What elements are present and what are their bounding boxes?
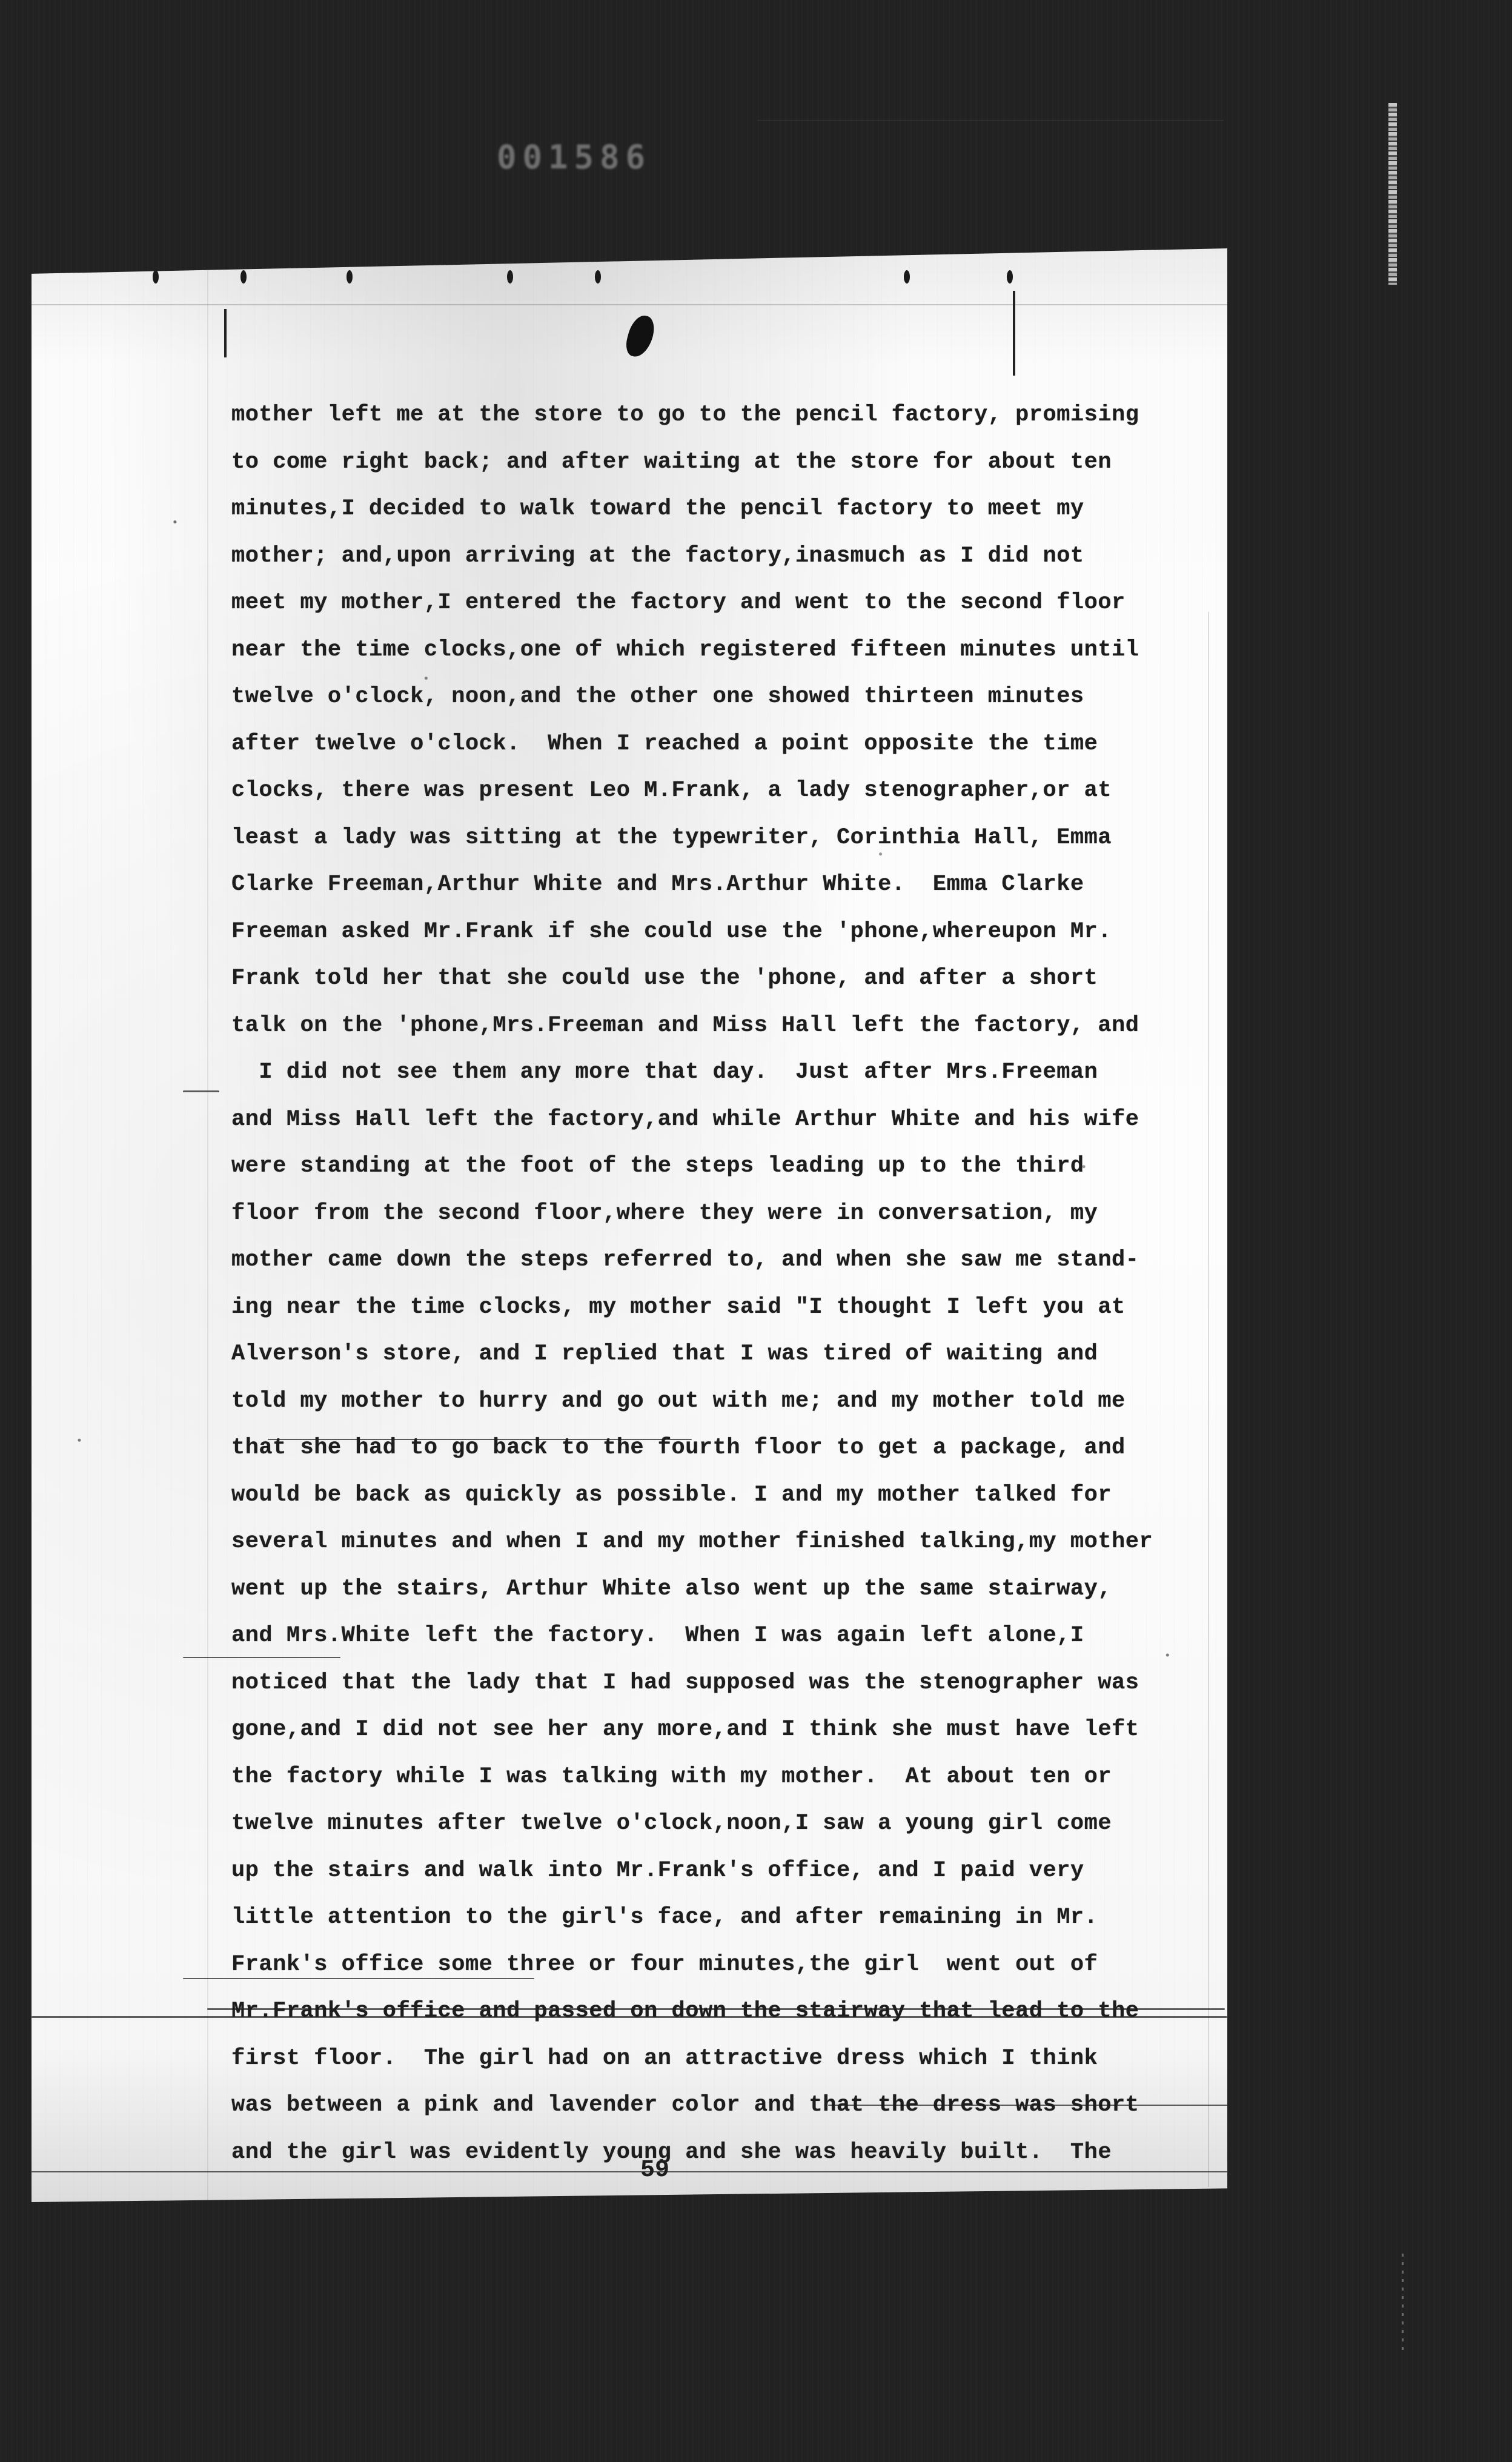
text-line: Frank's office some three or four minute… xyxy=(231,1942,1213,1989)
text-line: would be back as quickly as possible. I … xyxy=(231,1472,1213,1519)
binding-hole xyxy=(153,270,159,284)
text-line: meet my mother,I entered the factory and… xyxy=(231,580,1213,627)
text-line: twelve minutes after twelve o'clock,noon… xyxy=(231,1800,1213,1848)
text-line: noticed that the lady that I had suppose… xyxy=(231,1660,1213,1707)
text-line: Clarke Freeman,Arthur White and Mrs.Arth… xyxy=(231,861,1213,909)
stamp-guide-line xyxy=(757,120,1224,121)
text-line: mother left me at the store to go to the… xyxy=(231,392,1213,439)
text-line: Mr.Frank's office and passed on down the… xyxy=(231,1988,1213,2036)
film-edge-scratch xyxy=(1402,2254,1404,2351)
ink-mark xyxy=(224,309,227,357)
text-line: several minutes and when I and my mother… xyxy=(231,1519,1213,1566)
binding-hole xyxy=(346,270,353,284)
microfilm-frame-number: 001586 xyxy=(497,138,651,176)
text-line: Alverson's store, and I replied that I w… xyxy=(231,1331,1213,1378)
binding-hole xyxy=(904,270,910,284)
film-edge-perforation xyxy=(1388,103,1397,285)
typed-body-text: mother left me at the store to go to the… xyxy=(231,392,1213,2176)
text-line: minutes,I decided to walk toward the pen… xyxy=(231,486,1213,533)
binding-holes xyxy=(31,248,1227,321)
text-line: and Miss Hall left the factory,and while… xyxy=(231,1097,1213,1144)
text-line: the factory while I was talking with my … xyxy=(231,1754,1213,1801)
typewritten-page: mother left me at the store to go to the… xyxy=(31,248,1227,2202)
text-line: little attention to the girl's face, and… xyxy=(231,1894,1213,1942)
left-margin-rule xyxy=(207,248,208,2202)
text-line: that she had to go back to the fourth fl… xyxy=(231,1425,1213,1472)
paper-fold-line xyxy=(31,304,1227,305)
text-line: Frank told her that she could use the 'p… xyxy=(231,955,1213,1003)
binding-hole xyxy=(507,270,513,284)
text-line: first floor. The girl had on an attracti… xyxy=(231,2036,1213,2083)
text-line: after twelve o'clock. When I reached a p… xyxy=(231,721,1213,768)
page-number: 59 xyxy=(640,2157,669,2184)
pencil-mark xyxy=(183,1090,219,1092)
text-line: I did not see them any more that day. Ju… xyxy=(231,1049,1213,1097)
text-line: to come right back; and after waiting at… xyxy=(231,439,1213,486)
text-line: near the time clocks,one of which regist… xyxy=(231,627,1213,674)
text-line: up the stairs and walk into Mr.Frank's o… xyxy=(231,1848,1213,1895)
text-line: gone,and I did not see her any more,and … xyxy=(231,1707,1213,1754)
text-line: mother; and,upon arriving at the factory… xyxy=(231,533,1213,580)
text-line: was between a pink and lavender color an… xyxy=(231,2082,1213,2129)
text-line: ing near the time clocks, my mother said… xyxy=(231,1284,1213,1332)
text-line: floor from the second floor,where they w… xyxy=(231,1190,1213,1238)
text-line: mother came down the steps referred to, … xyxy=(231,1237,1213,1284)
text-line: talk on the 'phone,Mrs.Freeman and Miss … xyxy=(231,1003,1213,1050)
text-line: twelve o'clock, noon,and the other one s… xyxy=(231,674,1213,721)
binding-hole xyxy=(240,270,247,284)
text-line: went up the stairs, Arthur White also we… xyxy=(231,1566,1213,1613)
text-line: least a lady was sitting at the typewrit… xyxy=(231,815,1213,862)
ink-mark xyxy=(1013,291,1015,376)
binding-hole xyxy=(1007,270,1013,284)
text-line: clocks, there was present Leo M.Frank, a… xyxy=(231,768,1213,815)
text-line: and the girl was evidently young and she… xyxy=(231,2129,1213,2177)
text-line: were standing at the foot of the steps l… xyxy=(231,1143,1213,1190)
text-line: Freeman asked Mr.Frank if she could use … xyxy=(231,909,1213,956)
binding-hole xyxy=(595,270,601,284)
text-line: told my mother to hurry and go out with … xyxy=(231,1378,1213,1425)
text-line: and Mrs.White left the factory. When I w… xyxy=(231,1613,1213,1660)
